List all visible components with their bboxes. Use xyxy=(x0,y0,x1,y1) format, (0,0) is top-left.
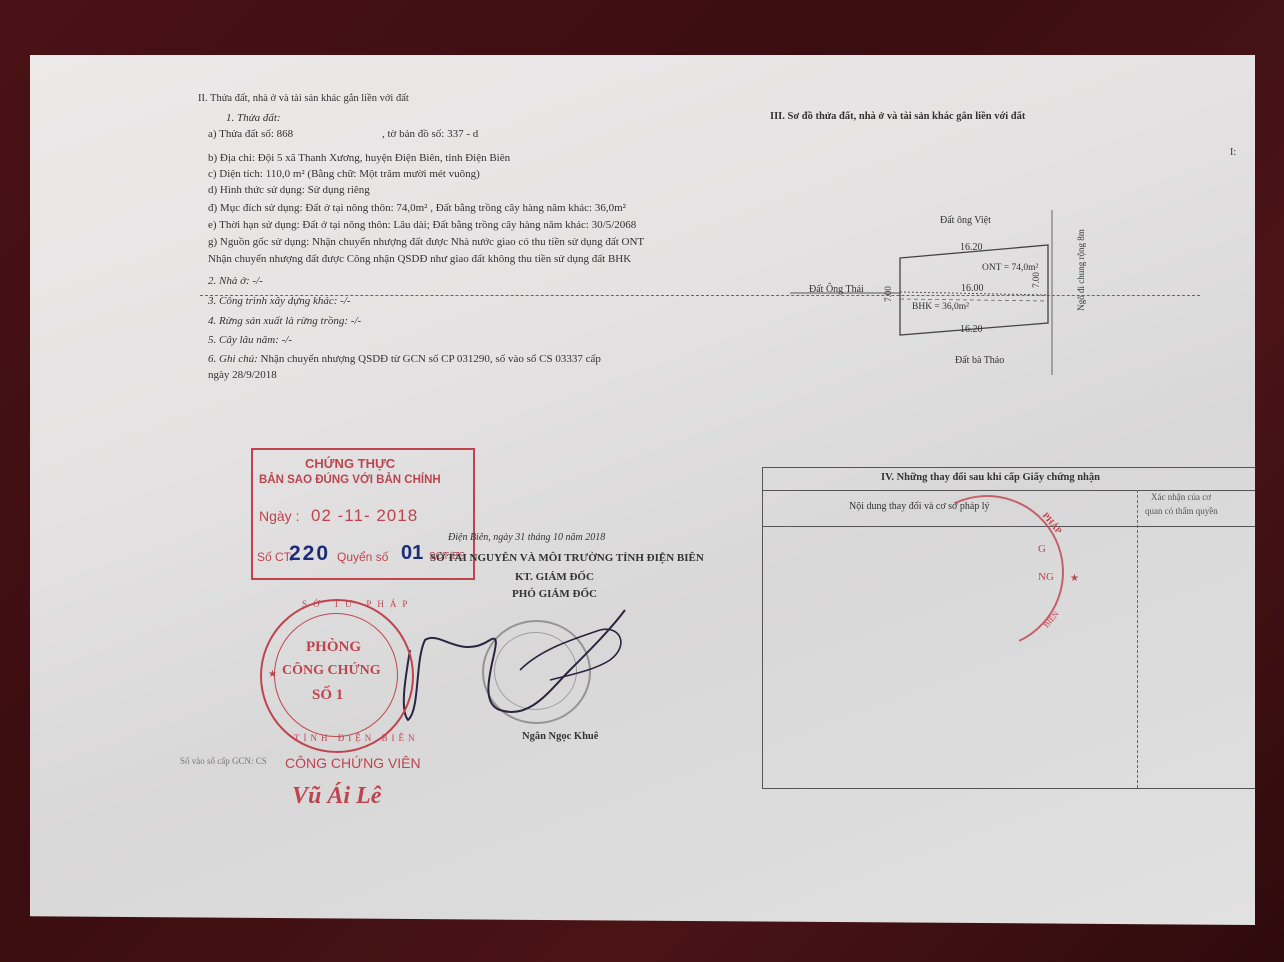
usage-origin-2: Nhận chuyển nhượng đất được Công nhận QS… xyxy=(208,253,631,265)
top-edge-length: 16.20 xyxy=(960,242,983,253)
cert-date-label: Ngày : xyxy=(259,508,299,524)
column-header-confirmation-1: Xác nhận của cơ xyxy=(1151,492,1211,502)
signer-title-1: KT. GIÁM ĐỐC xyxy=(515,571,594,583)
ont-area-label: ONT = 74,0m² xyxy=(982,263,1038,273)
cert-date-value: 02 -11- 2018 xyxy=(311,506,418,526)
notary-seal-line2: CÔNG CHỨNG xyxy=(282,663,381,679)
partial-seal-star-icon: ★ xyxy=(1070,573,1079,584)
usage-origin-1: g) Nguồn gốc sử dụng: Nhận chuyển nhượng… xyxy=(208,236,644,248)
east-neighbor: Ngõ đi chung rộng 8m xyxy=(1076,229,1086,311)
issuing-agency: SỞ TÀI NGUYÊN VÀ MÔI TRƯỜNG TỈNH ĐIỆN BI… xyxy=(430,552,704,564)
note-text: Nhận chuyển nhượng QSDĐ từ GCN số CP 031… xyxy=(258,353,601,365)
left-edge-length: 7.00 xyxy=(883,286,893,302)
signer-name: Ngân Ngọc Khuê xyxy=(522,731,598,742)
partial-seal-text-ng: NG xyxy=(1038,571,1054,583)
notary-name: Vũ Ái Lê xyxy=(292,783,381,810)
perennial-tree-item: 5. Cây lâu năm: -/- xyxy=(208,334,292,346)
changes-table-title-row: IV. Những thay đổi sau khi cấp Giấy chứn… xyxy=(763,468,1257,491)
map-sheet-number: , tờ bản đồ số: 337 - d xyxy=(382,128,478,140)
section-ii-heading: II. Thửa đất, nhà ở và tài sản khác gắn … xyxy=(198,93,409,104)
house-item: 2. Nhà ở: -/- xyxy=(208,275,263,287)
usage-term: e) Thời hạn sử dụng: Đất ở tại nông thôn… xyxy=(208,219,636,231)
cert-stamp-title: CHỨNG THỰC xyxy=(305,456,395,471)
other-construction-item: 3. Công trình xây dựng khác: -/- xyxy=(208,295,351,307)
note-continuation: ngày 28/9/2018 xyxy=(208,369,277,381)
note-item: 6. Ghi chú: Nhận chuyển nhượng QSDĐ từ G… xyxy=(208,353,601,365)
section-iv-heading: IV. Những thay đổi sau khi cấp Giấy chứn… xyxy=(881,472,1100,483)
section-iii-heading: III. Sơ đồ thửa đất, nhà ở và tài sản kh… xyxy=(770,111,1025,122)
signer-title-2: PHÓ GIÁM ĐỐC xyxy=(512,588,597,600)
place-date: Điện Biên, ngày 31 tháng 10 năm 2018 xyxy=(448,532,605,543)
cert-number-value: 220 xyxy=(289,542,330,566)
notary-title: CÔNG CHỨNG VIÊN xyxy=(285,755,421,771)
parcel-address: b) Địa chỉ: Đội 5 xã Thanh Xương, huyện … xyxy=(208,152,510,164)
cert-number-label: Số CT: xyxy=(257,550,293,564)
sub-heading-land-parcel: 1. Thửa đất: xyxy=(226,112,281,124)
certificate-page: II. Thửa đất, nhà ở và tài sản khác gắn … xyxy=(30,55,1255,925)
partial-seal-text-g: G xyxy=(1038,543,1046,555)
column-divider xyxy=(1137,490,1138,788)
cert-book-label: Quyển số xyxy=(337,550,388,564)
column-header-confirmation-2: quan có thẩm quyền xyxy=(1145,506,1218,516)
cert-stamp-subtitle: BẢN SAO ĐÚNG VỚI BẢN CHÍNH xyxy=(259,474,441,486)
notary-seal-ring-top: SỞ TƯ PHÁP xyxy=(302,599,413,609)
bhk-area-label: BHK = 36,0m² xyxy=(912,302,969,312)
parcel-number: a) Thửa đất số: 868 xyxy=(208,128,293,140)
bottom-edge-length: 16.20 xyxy=(960,324,983,335)
mid-edge-length: 16.00 xyxy=(961,283,984,294)
notary-seal-line3: SỐ 1 xyxy=(312,687,343,704)
margin-mark: I: xyxy=(1230,147,1236,158)
west-neighbor: Đất Ông Thái xyxy=(809,284,864,295)
parcel-area: c) Diện tích: 110,0 m² (Bằng chữ: Một tr… xyxy=(208,168,480,180)
forest-item: 4. Rừng sản xuất là rừng trồng: -/- xyxy=(208,315,361,327)
parcel-diagram: Đất ông Việt 16.20 ONT = 74,0m² Đất Ông … xyxy=(790,205,1130,375)
cert-book-value: 01 xyxy=(401,542,423,565)
right-edge-length: 7.00 xyxy=(1031,272,1041,288)
south-neighbor: Đất bà Thảo xyxy=(955,355,1004,366)
registry-number: Số vào sổ cấp GCN: CS xyxy=(180,756,267,766)
notary-seal-line1: PHÒNG xyxy=(306,639,361,656)
notary-seal-star-icon: ★ xyxy=(268,669,277,680)
usage-form: d) Hình thức sử dụng: Sử dụng riêng xyxy=(208,184,370,196)
north-neighbor: Đất ông Việt xyxy=(940,215,991,226)
note-label: 6. Ghi chú: xyxy=(208,353,258,365)
notary-seal: SỞ TƯ PHÁP PHÒNG CÔNG CHỨNG SỐ 1 ★ TỈNH … xyxy=(260,599,414,753)
usage-purpose: đ) Mục đích sử dụng: Đất ở tại nông thôn… xyxy=(208,202,626,214)
notary-seal-ring-bottom: TỈNH ĐIỆN BIÊN xyxy=(294,733,418,743)
